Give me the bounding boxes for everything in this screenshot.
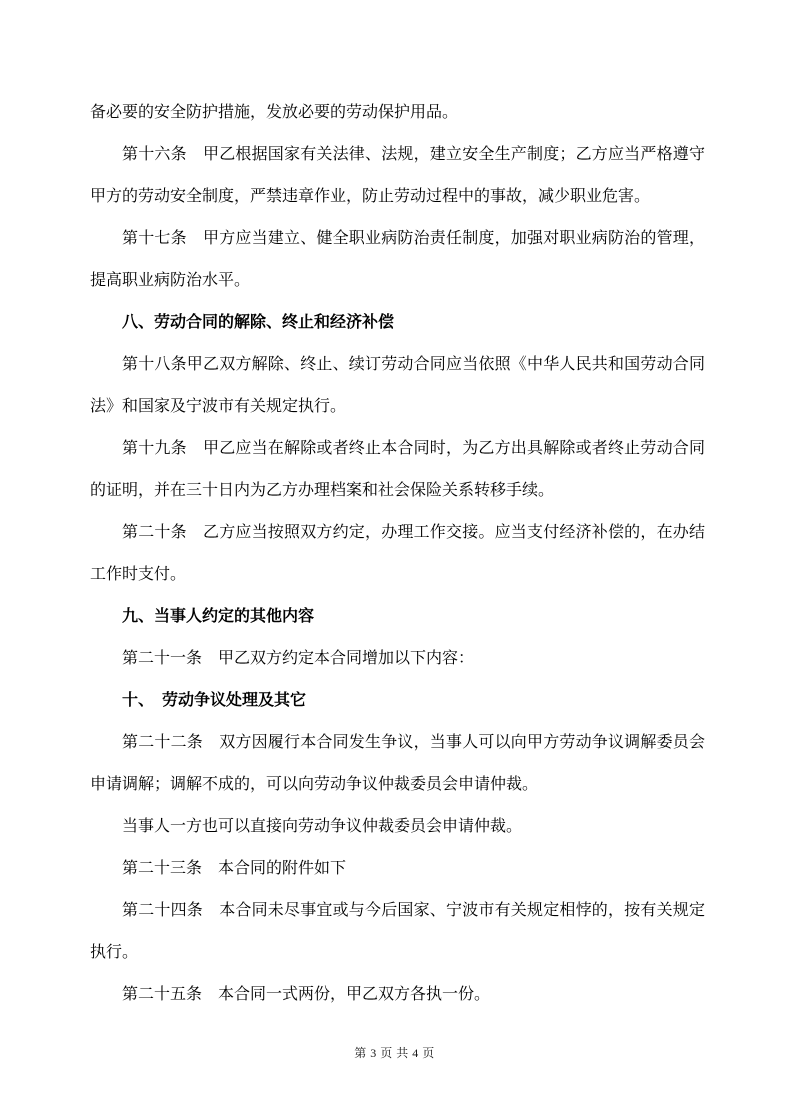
page-footer: 第 3 页 共 4 页 [0,1044,789,1061]
clause-paragraph: 第十八条甲乙双方解除、终止、续订劳动合同应当依照《中华人民共和国劳动合同法》和国… [90,344,705,428]
clause-paragraph: 第二十二条 双方因履行本合同发生争议，当事人可以向甲方劳动争议调解委员会申请调解… [90,722,705,806]
clause-paragraph: 第十七条 甲方应当建立、健全职业病防治责任制度，加强对职业病防治的管理，提高职业… [90,218,705,302]
clause-paragraph: 第二十条 乙方应当按照双方约定，办理工作交接。应当支付经济补偿的，在办结工作时支… [90,512,705,596]
section-heading: 八、劳动合同的解除、终止和经济补偿 [90,302,705,344]
document-page: 备必要的安全防护措施，发放必要的劳动保护用品。第十六条 甲乙根据国家有关法律、法… [0,0,789,1118]
clause-paragraph: 第二十一条 甲乙双方约定本合同增加以下内容： [90,638,705,680]
section-heading: 十、 劳动争议处理及其它 [90,680,705,722]
clause-paragraph: 第二十四条 本合同未尽事宜或与今后国家、宁波市有关规定相悖的，按有关规定执行。 [90,890,705,974]
page-number-indicator: 第 3 页 共 4 页 [354,1046,435,1060]
clause-paragraph: 第二十五条 本合同一式两份，甲乙双方各执一份。 [90,974,705,1016]
clause-paragraph: 当事人一方也可以直接向劳动争议仲裁委员会申请仲裁。 [90,806,705,848]
section-heading: 九、当事人约定的其他内容 [90,596,705,638]
document-content: 备必要的安全防护措施，发放必要的劳动保护用品。第十六条 甲乙根据国家有关法律、法… [90,92,705,1016]
clause-paragraph: 第二十三条 本合同的附件如下 [90,848,705,890]
continuation-paragraph: 备必要的安全防护措施，发放必要的劳动保护用品。 [90,92,705,134]
clause-paragraph: 第十六条 甲乙根据国家有关法律、法规，建立安全生产制度；乙方应当严格遵守甲方的劳… [90,134,705,218]
clause-paragraph: 第十九条 甲乙应当在解除或者终止本合同时，为乙方出具解除或者终止劳动合同的证明，… [90,428,705,512]
